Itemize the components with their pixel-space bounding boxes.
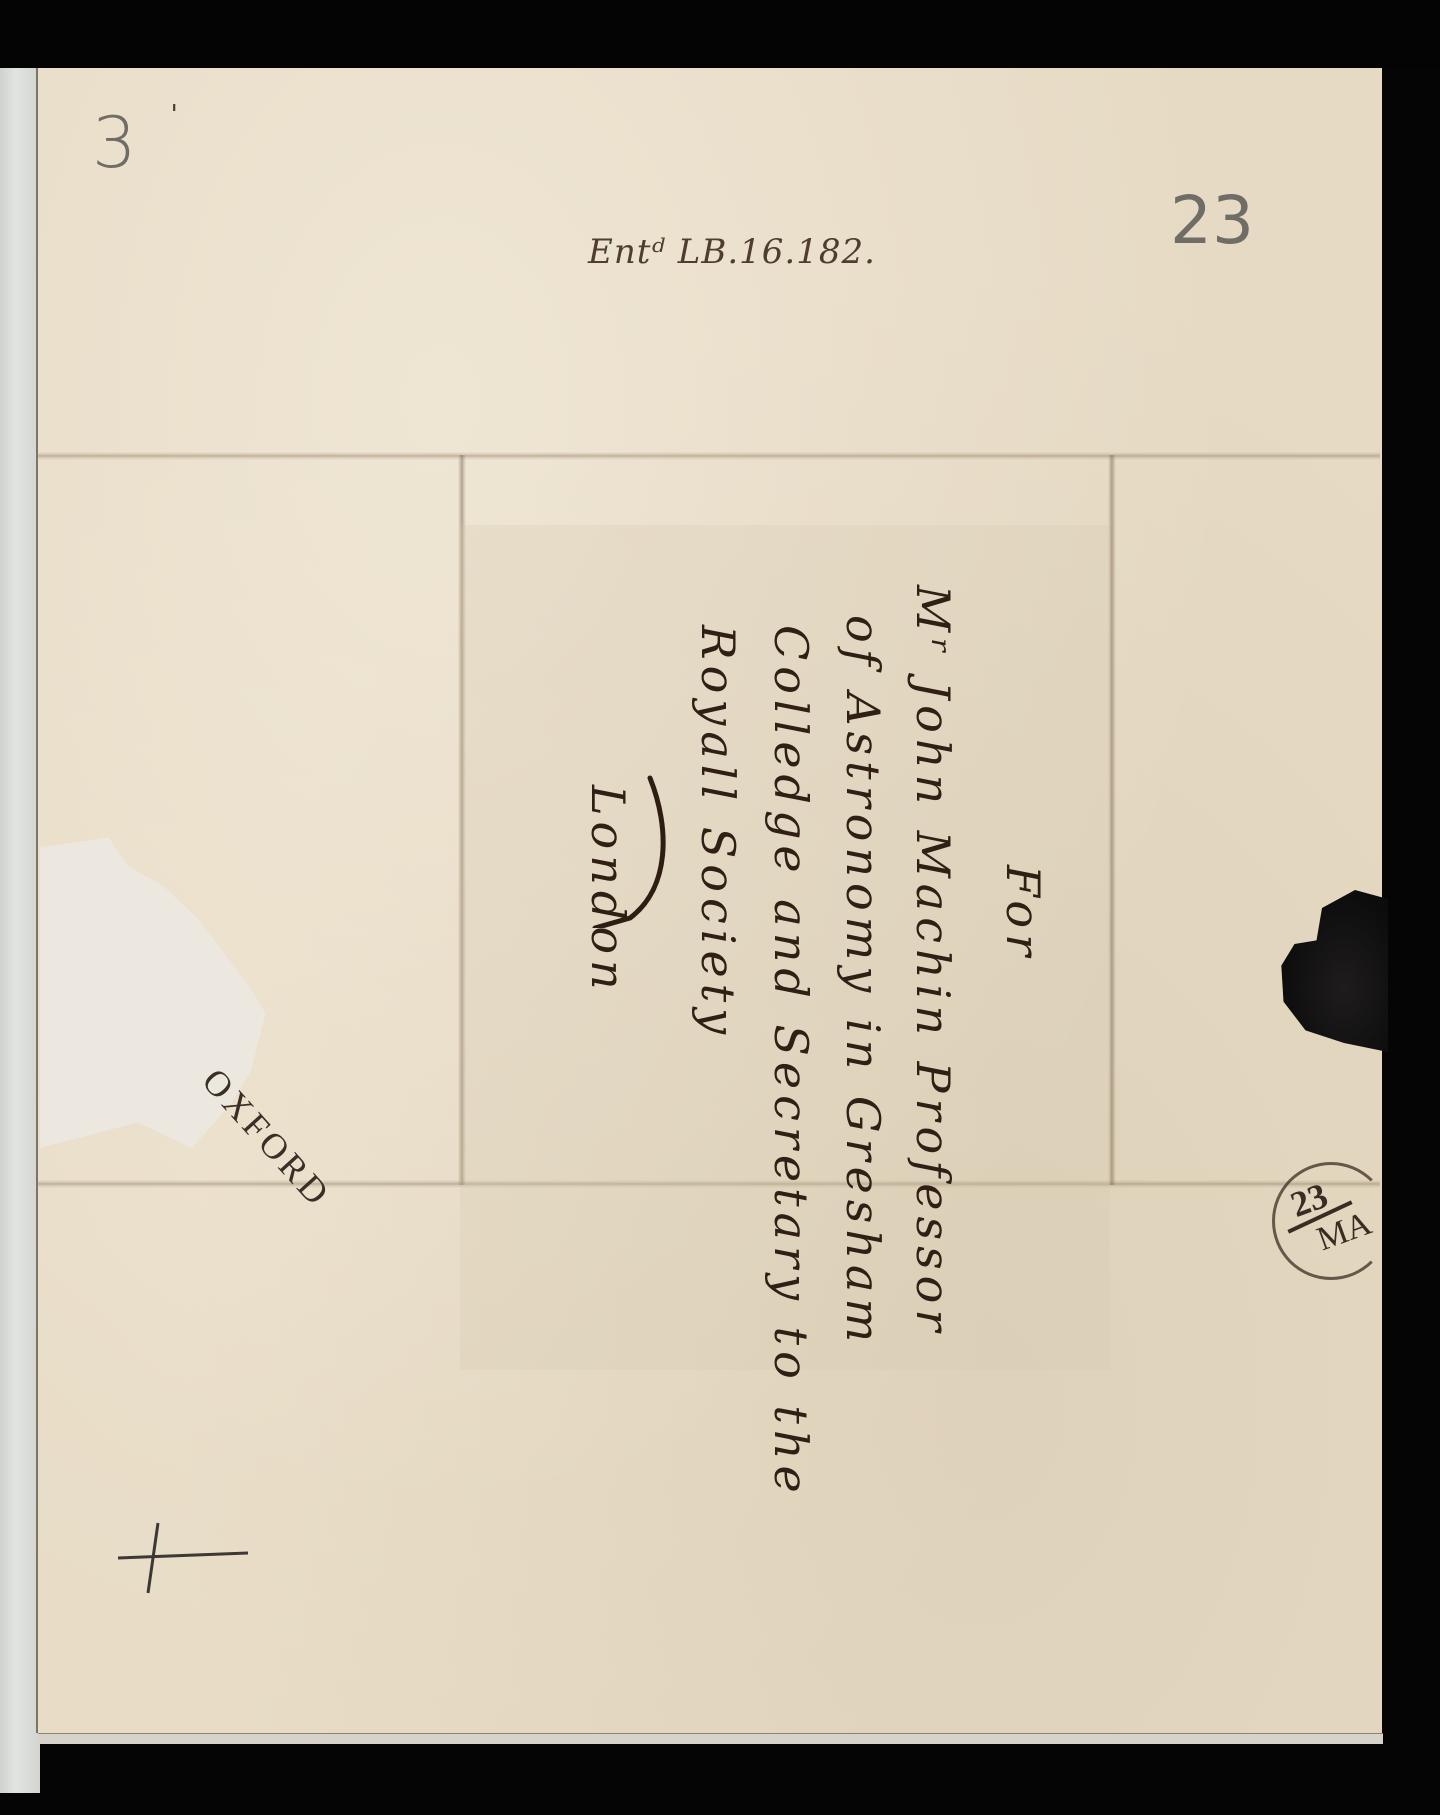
- address-line-society: Royall Society: [691, 625, 745, 1040]
- interleaf-page-left: [0, 68, 40, 1793]
- address-line-college: Colledge and Secretary to the: [764, 625, 818, 1499]
- ink-tick-mark: ˈ: [170, 100, 178, 135]
- dark-background-top: [0, 0, 1440, 68]
- folio-number-right: 23: [1170, 182, 1254, 259]
- under-sheet-bottom-edge: [38, 1733, 1383, 1744]
- folio-number-left: 3: [92, 102, 137, 184]
- flourish-stroke: [590, 768, 680, 928]
- address-line-astronomy: of Astronomy in Gresham: [836, 615, 890, 1348]
- address-line-for: For: [996, 865, 1050, 962]
- address-line-name: Mʳ John Machin Professor: [906, 585, 960, 1337]
- bishop-postmark: 23 MA: [1272, 1162, 1390, 1280]
- pencil-cross-mark: [118, 1518, 248, 1598]
- letter-book-entry-note: Entᵈ LB.16.182.: [588, 232, 876, 272]
- address-block: For Mʳ John Machin Professor of Astronom…: [560, 585, 1080, 1345]
- fold-line-top: [36, 452, 1380, 460]
